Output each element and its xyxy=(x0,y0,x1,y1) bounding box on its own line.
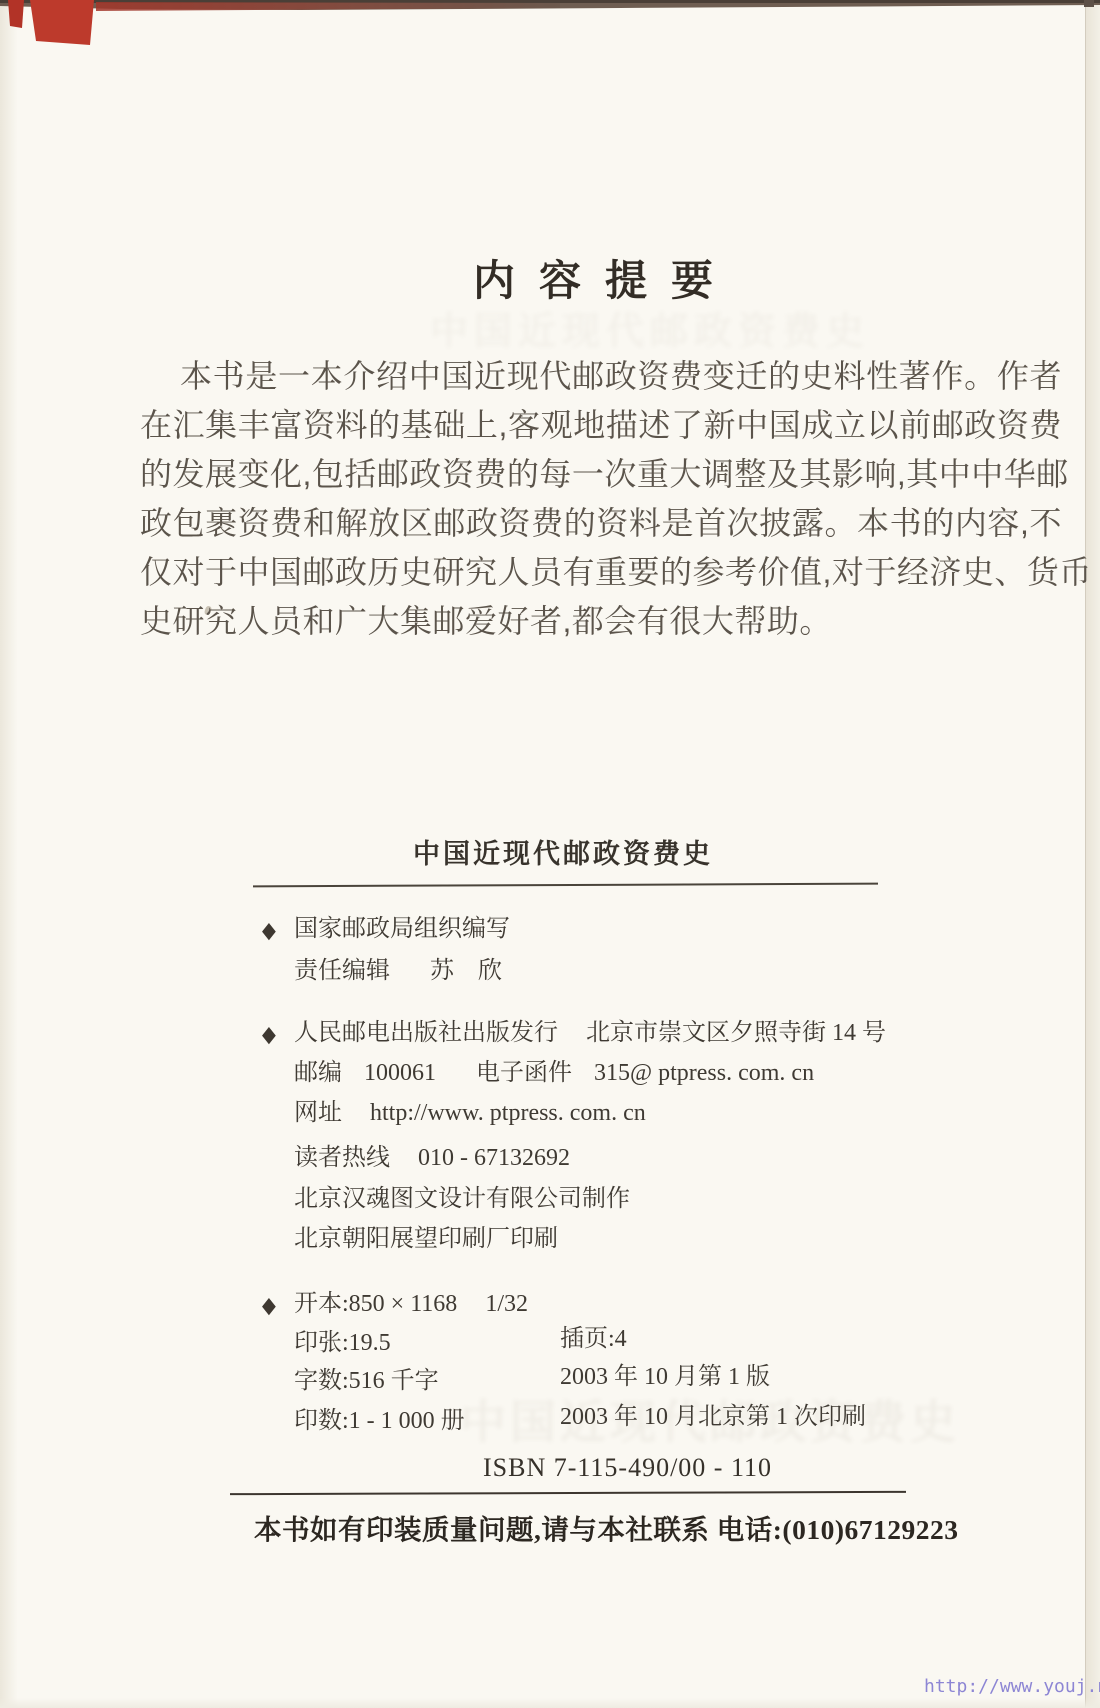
publisher-row: ◆ 人民邮电出版社出版发行 北京市崇文区夕照寺街 14 号 xyxy=(262,1012,886,1047)
website-row: 网址 http://www. ptpress. com. cn xyxy=(294,1092,646,1127)
show-through-ghost: 中国近现代邮政资费史 xyxy=(430,300,870,355)
postcode-label: 邮编 xyxy=(294,1052,342,1087)
word-count-row: 字数:516 千字 xyxy=(294,1360,439,1395)
website-value: http://www. ptpress. com. cn xyxy=(370,1100,646,1127)
organizer-row: ◆ 国家邮政局组织编写 xyxy=(262,908,510,943)
diamond-bullet-icon: ◆ xyxy=(262,1021,294,1047)
scan-bottom-edge xyxy=(0,1698,1100,1708)
editor-name: 苏 欣 xyxy=(430,950,502,985)
scan-edge-artifact xyxy=(0,0,1100,52)
summary-line: 本书是一本介绍中国近现代邮政资费变迁的史料性著作。作者 xyxy=(140,352,1062,401)
summary-paragraph: 本书是一本介绍中国近现代邮政资费变迁的史料性著作。作者 在汇集丰富资料的基础上,… xyxy=(140,352,1062,646)
isbn-line: ISBN 7-115-490/00 - 110 xyxy=(483,1453,772,1483)
quality-notice: 本书如有印装质量问题,请与本社联系 电话:(010)67129223 xyxy=(254,1507,958,1547)
title-divider xyxy=(253,883,878,888)
diamond-bullet-icon: ◆ xyxy=(262,1292,294,1318)
postcode-email-row: 邮编 100061 电子函件 315@ ptpress. com. cn xyxy=(294,1052,814,1087)
design-credit-row: 北京汉魂图文设计有限公司制作 xyxy=(294,1178,630,1213)
scan-left-edge xyxy=(0,0,18,1708)
format-row: ◆ 开本:850 × 1168 1/32 xyxy=(262,1283,528,1318)
website-label: 网址 xyxy=(294,1092,342,1127)
email-value: 315@ ptpress. com. cn xyxy=(594,1060,814,1087)
organizer-text: 国家邮政局组织编写 xyxy=(294,908,510,943)
publisher-address: 北京市崇文区夕照寺街 14 号 xyxy=(586,1012,886,1047)
book-title: 中国近现代邮政资费史 xyxy=(413,832,713,871)
summary-line: 的发展变化,包括邮政资费的每一次重大调整及其影响,其中中华邮 xyxy=(140,450,1062,499)
summary-line: 政包裹资费和解放区邮政资费的资料是首次披露。本书的内容,不 xyxy=(140,499,1062,548)
publisher-text: 人民邮电出版社出版发行 xyxy=(294,1012,558,1047)
inserts-text: 插页:4 xyxy=(560,1318,627,1353)
edition-text: 2003 年 10 月第 1 版 xyxy=(560,1356,770,1391)
postcode-value: 100061 xyxy=(364,1060,436,1087)
format-text: 开本:850 × 1168 xyxy=(294,1283,457,1318)
diamond-bullet-icon: ◆ xyxy=(262,917,294,943)
print-run-text: 印数:1 - 1 000 册 xyxy=(294,1400,465,1435)
print-run-row: 印数:1 - 1 000 册 xyxy=(294,1400,465,1435)
hotline-label: 读者热线 xyxy=(294,1137,390,1172)
printer-credit-row: 北京朝阳展望印刷厂印刷 xyxy=(294,1218,558,1253)
editor-label: 责任编辑 xyxy=(294,950,390,985)
summary-line: 史研究人员和广大集邮爱好者,都会有很大帮助。 xyxy=(140,597,1062,646)
summary-line: 在汇集丰富资料的基础上,客观地描述了新中国成立以前邮政资费 xyxy=(140,401,1062,450)
bottom-divider xyxy=(230,1491,906,1495)
editor-row: 责任编辑 苏 欣 xyxy=(294,950,502,985)
email-label: 电子函件 xyxy=(476,1052,572,1087)
hotline-row: 读者热线 010 - 67132692 xyxy=(294,1137,570,1172)
summary-heading: 内容提要 xyxy=(473,248,737,308)
summary-line: 仅对于中国邮政历史研究人员有重要的参考价值,对于经济史、货币 xyxy=(140,548,1062,597)
design-credit-text: 北京汉魂图文设计有限公司制作 xyxy=(294,1178,630,1213)
scan-right-edge xyxy=(1085,0,1100,1708)
scanned-page: 中国近现代邮政资费史 中国近现代邮政资费史 内容提要 本书是一本介绍中国近现代邮… xyxy=(0,0,1100,1708)
sheets-row: 印张:19.5 xyxy=(294,1322,391,1357)
impression-text: 2003 年 10 月北京第 1 次印刷 xyxy=(560,1396,866,1431)
hotline-value: 010 - 67132692 xyxy=(418,1145,570,1172)
format-fraction: 1/32 xyxy=(485,1291,528,1318)
word-count-text: 字数:516 千字 xyxy=(294,1360,439,1395)
sheets-text: 印张:19.5 xyxy=(294,1322,391,1357)
watermark-url: http://www.youj.net/ xyxy=(924,1676,1100,1697)
printer-credit-text: 北京朝阳展望印刷厂印刷 xyxy=(294,1218,558,1253)
